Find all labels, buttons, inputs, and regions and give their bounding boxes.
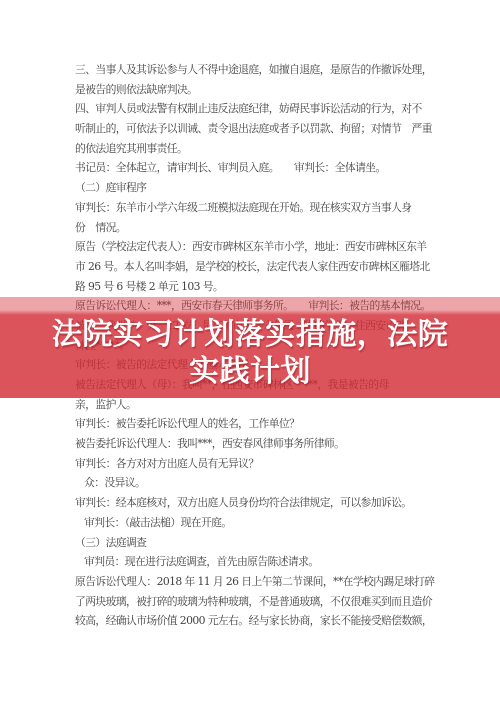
document-line: 是被告的则依法缺席判决。	[75, 80, 445, 100]
document-line: 份 情况。	[75, 218, 445, 238]
document-line: 审判长：（敲击法槌）现在开庭。	[75, 513, 445, 533]
document-line: 审判长：经本庭核对，双方出庭人员身份均符合法律规定，可以参加诉讼。	[75, 493, 445, 513]
document-line: 三、当事人及其诉讼参与人不得中途退庭，如擅自退庭，是原告的作撤诉处理，	[75, 60, 445, 80]
document-line: 了两块玻璃，被打碎的玻璃为特种玻璃，不是普通玻璃，不仅很难买到而且造价	[75, 592, 445, 612]
document-line: （二）庭审程序	[75, 178, 445, 198]
document-line: 原告诉讼代理人：2018 年 11 月 26 日上午第二节课间，**在学校内踢足…	[75, 572, 445, 592]
document-line: 市 26 号。本人名叫李娟，是学校的校长，法定代表人家住西安市碑林区雁塔北	[75, 257, 445, 277]
document-line: 众：没异议。	[75, 473, 445, 493]
document-line: 听制止的，可依法予以训诫、责令退出法庭或者予以罚款、拘留；对情节 严重	[75, 119, 445, 139]
banner-title-line1: 法院实习计划落实措施，法院	[52, 316, 449, 353]
document-line: 路 95 号 6 号楼 2 单元 103 号。	[75, 277, 445, 297]
document-line: 审判长：东羊市小学六年级二班模拟法庭现在开始。现在核实双方当事人身	[75, 198, 445, 218]
document-line: 的依法追究其刑事责任。	[75, 139, 445, 159]
document-line: 被告委托诉讼代理人：我叫***，西安春风律师事务所律师。	[75, 434, 445, 454]
document-line: 四、审判人员或法警有权制止违反法庭纪律，妨碍民事诉讼活动的行为，对不	[75, 99, 445, 119]
headline-banner-overlay: 法院实习计划落实措施，法院 实践计划	[0, 297, 500, 398]
document-line: 原告（学校法定代表人）：西安市碑林区东羊市小学，地址：西安市碑林区东羊	[75, 237, 445, 257]
banner-title-line2: 实践计划	[189, 353, 311, 390]
document-line: 审判长：被告委托诉讼代理人的姓名，工作单位？	[75, 414, 445, 434]
document-line: 较高，经确认市场价值 2000 元左右。经与家长协商，家长不能接受赔偿数额，	[75, 611, 445, 631]
document-line: 审判长：各方对对方出庭人员有无异议？	[75, 454, 445, 474]
document-line: （三）法庭调查	[75, 533, 445, 553]
document-line: 书记员：全体起立，请审判长、审判员入庭。 审判长：全体请坐。	[75, 158, 445, 178]
document-line: 审判员：现在进行法庭调查，首先由原告陈述请求。	[75, 552, 445, 572]
